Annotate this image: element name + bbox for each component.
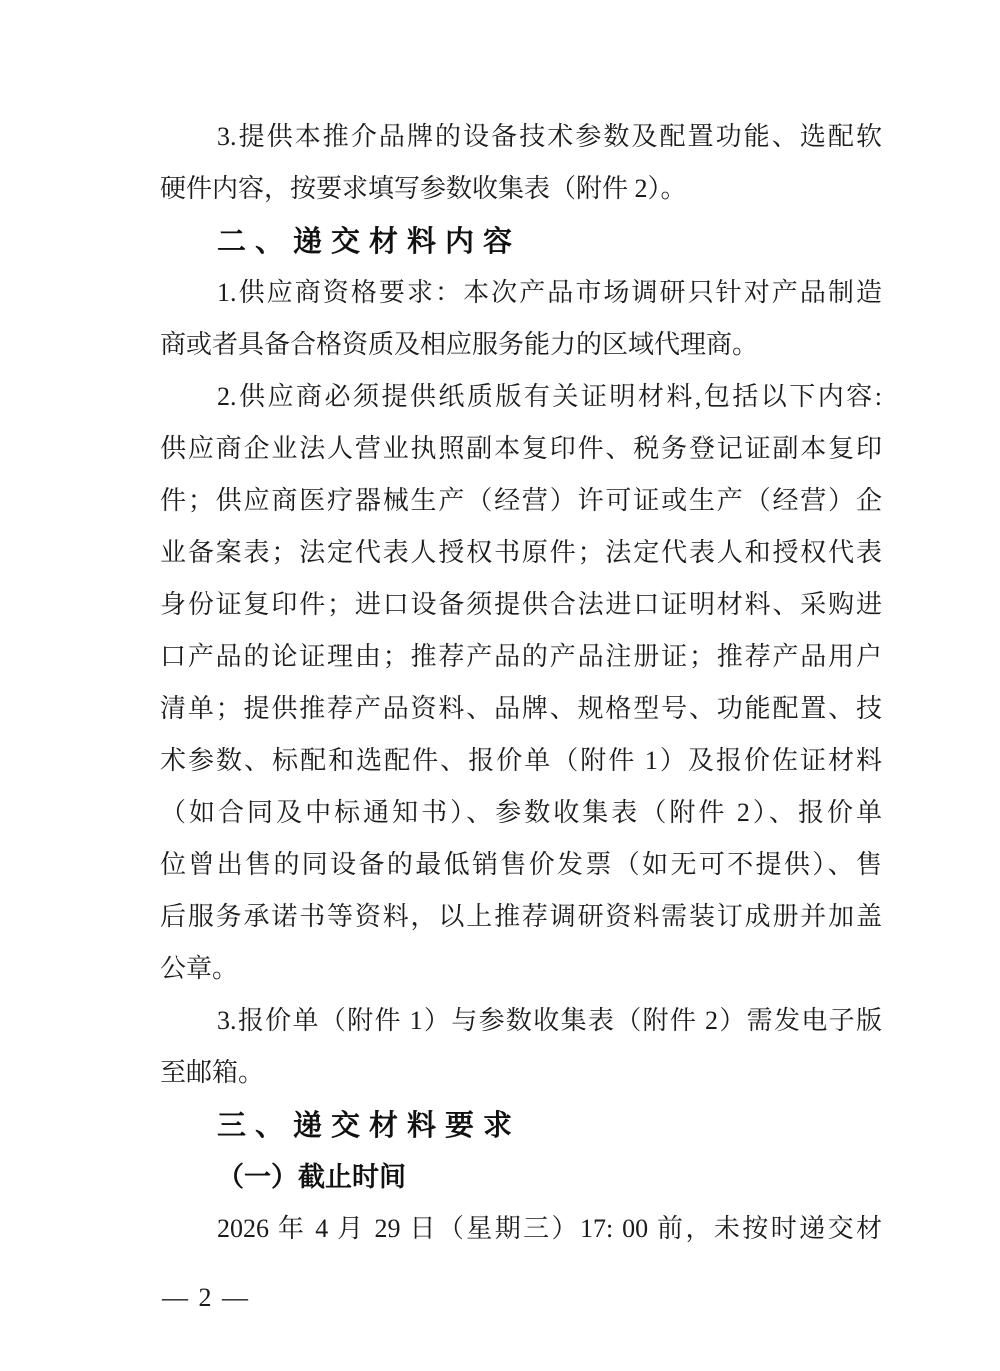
text-line: 件；供应商医疗器械生产（经营）许可证或生产（经营）企 (160, 475, 882, 527)
text-line: 2026 年 4 月 29 日（星期三）17: 00 前，未按时递交材 (160, 1203, 882, 1255)
text-line: 口产品的论证理由；推荐产品的产品注册证；推荐产品用户 (160, 631, 882, 683)
text-line: （如合同及中标通知书）、参数收集表（附件 2）、报价单 (160, 787, 882, 839)
text-line: 公章。 (160, 943, 882, 995)
text-line: 术参数、标配和选配件、报价单（附件 1）及报价佐证材料 (160, 735, 882, 787)
text-line: 1.供应商资格要求：本次产品市场调研只针对产品制造 (160, 267, 882, 319)
text-line: 清单；提供推荐产品资料、品牌、规格型号、功能配置、技 (160, 683, 882, 735)
text-line: 硬件内容，按要求填写参数收集表（附件 2）。 (160, 163, 882, 215)
text-line: 至邮箱。 (160, 1047, 882, 1099)
text-line: 后服务承诺书等资料，以上推荐调研资料需装订成册并加盖 (160, 891, 882, 943)
text-line: 身份证复印件；进口设备须提供合法进口证明材料、采购进 (160, 579, 882, 631)
section-heading: 三、递交材料要求 (160, 1099, 882, 1151)
subsection-heading: （一）截止时间 (160, 1151, 882, 1203)
text-line: 业备案表；法定代表人授权书原件；法定代表人和授权代表 (160, 527, 882, 579)
text-line: 位曾出售的同设备的最低销售价发票（如无可不提供）、售 (160, 839, 882, 891)
text-line: 商或者具备合格资质及相应服务能力的区域代理商。 (160, 319, 882, 371)
section-heading: 二、递交材料内容 (160, 215, 882, 267)
text-line: 2.供应商必须提供纸质版有关证明材料,包括以下内容: (160, 371, 882, 423)
document-text-block: 3.提供本推介品牌的设备技术参数及配置功能、选配软 硬件内容，按要求填写参数收集… (160, 111, 882, 1255)
text-line: 供应商企业法人营业执照副本复印件、税务登记证副本复印 (160, 423, 882, 475)
text-line: 3.提供本推介品牌的设备技术参数及配置功能、选配软 (160, 111, 882, 163)
page-number: — 2 — (162, 1272, 250, 1324)
document-page: 3.提供本推介品牌的设备技术参数及配置功能、选配软 硬件内容，按要求填写参数收集… (0, 0, 1000, 1371)
text-line: 3.报价单（附件 1）与参数收集表（附件 2）需发电子版 (160, 995, 882, 1047)
